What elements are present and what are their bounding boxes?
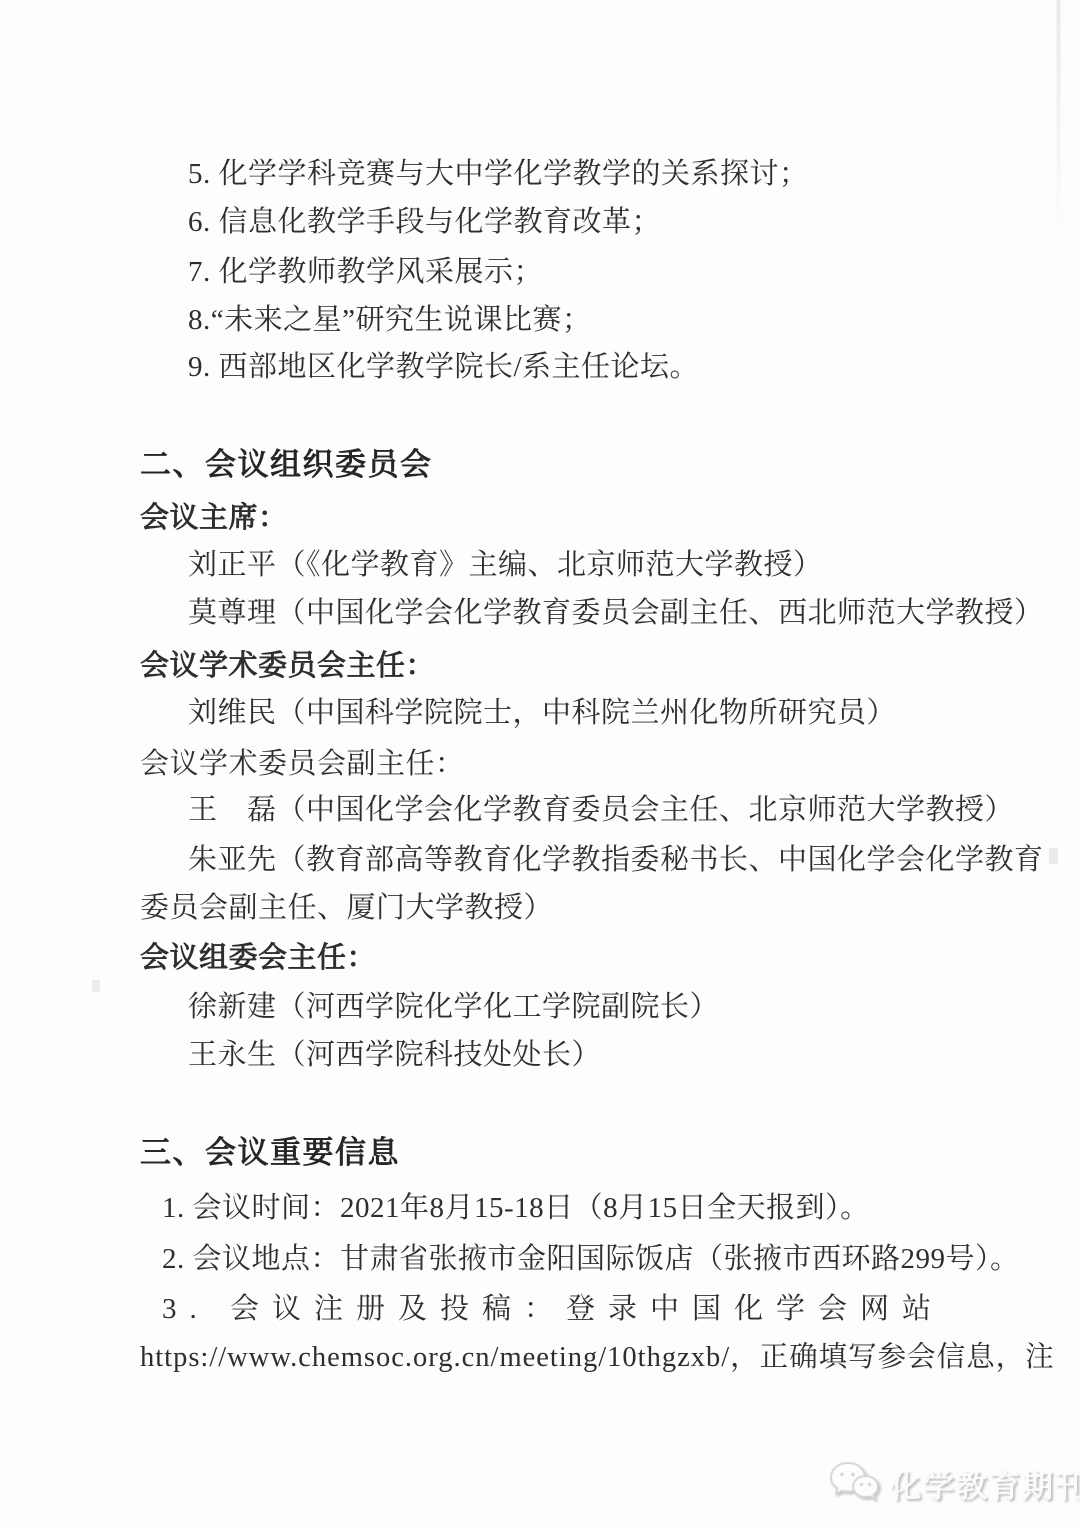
scan-artifact-mark [1049,848,1058,864]
committee-member: 刘维民（中国科学院院士，中科院兰州化物所研究员） [188,695,896,731]
info-item-time: 1. 会议时间：2021年8月15-18日（8月15日全天报到）。 [162,1190,870,1226]
committee-member: 王永生（河西学院科技处处长） [188,1037,601,1073]
info-item-register-url: https://www.chemsoc.org.cn/meeting/10thg… [140,1340,1055,1376]
section-heading-committee: 二、会议组织委员会 [140,447,433,483]
agenda-item: 6. 信息化教学手段与化学教育改革； [188,204,661,240]
section-heading-info: 三、会议重要信息 [140,1135,400,1171]
info-item-register: 3. 会议注册及投稿：登录中国化学会网站 [162,1291,944,1327]
agenda-item: 8.“未来之星”研究生说课比赛； [188,302,592,338]
scan-artifact-line [1057,0,1060,225]
journal-watermark-label: 化学教育期刊 [890,1461,1080,1506]
committee-label-organizing-director: 会议组委会主任： [140,940,376,976]
committee-member: 徐新建（河西学院化学化工学院副院长） [188,989,719,1025]
committee-label-academic-vice: 会议学术委员会副主任： [140,746,465,782]
committee-label-chair: 会议主席： [140,500,288,536]
committee-member: 刘正平（《化学教育》主编、北京师范大学教授） [188,547,823,583]
scan-artifact-mark [92,980,100,992]
wechat-icon [828,1460,880,1506]
committee-label-academic-director: 会议学术委员会主任： [140,648,435,684]
committee-member: 朱亚先（教育部高等教育化学教指委秘书长、中国化学会化学教育 [188,842,1044,878]
committee-member: 莫尊理（中国化学会化学教育委员会副主任、西北师范大学教授） [188,595,1044,631]
committee-member-continuation: 委员会副主任、厦门大学教授） [140,890,553,926]
agenda-item: 7. 化学教师教学风采展示； [188,254,543,290]
agenda-item: 5. 化学学科竞赛与大中学化学教学的关系探讨； [188,156,809,192]
agenda-item: 9. 西部地区化学教学院长/系主任论坛。 [188,349,699,385]
document-page: 5. 化学学科竞赛与大中学化学教学的关系探讨； 6. 信息化教学手段与化学教育改… [0,0,1080,1526]
committee-member: 王 磊（中国化学会化学教育委员会主任、北京师范大学教授） [188,792,1014,828]
info-item-venue: 2. 会议地点：甘肃省张掖市金阳国际饭店（张掖市西环路299号）。 [162,1241,1020,1277]
journal-watermark: 化学教育期刊 [828,1460,1080,1506]
